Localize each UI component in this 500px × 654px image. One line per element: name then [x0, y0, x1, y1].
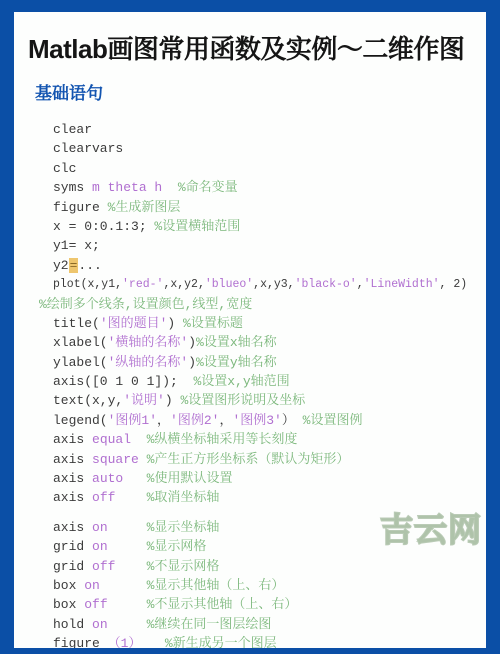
code-segment: %产生正方形坐标系（默认为矩形）	[139, 452, 350, 467]
code-segment: '图例1'	[108, 413, 157, 428]
code-segment: '图例3'	[232, 413, 281, 428]
code-segment: off	[92, 490, 115, 505]
code-segment: square	[92, 452, 139, 467]
section-heading-basic-statements: 基础语句	[35, 82, 486, 106]
code-segment: m theta h	[92, 180, 162, 195]
code-segment: grid	[53, 559, 92, 574]
code-line: grid on %显示网格	[53, 537, 486, 556]
code-segment: '纵轴的名称'	[108, 355, 189, 370]
code-segment: %取消坐标轴	[115, 490, 219, 505]
code-segment: grid	[53, 539, 92, 554]
code-segment: ,x,y2,	[163, 278, 204, 291]
code-segment: clc	[53, 161, 76, 176]
code-segment: '横轴的名称'	[108, 335, 189, 350]
code-segment: ）	[282, 413, 303, 428]
code-segment: %不显示其他轴（上、右）	[108, 597, 298, 612]
code-segment: 'black-o'	[295, 278, 357, 291]
code-segment: %设置标题	[183, 316, 243, 331]
code-segment: 'LineWidth'	[364, 278, 440, 291]
code-line: legend('图例1'，'图例2'，'图例3'） %设置图例	[53, 411, 486, 430]
code-segment: %设置y轴名称	[196, 355, 277, 370]
code-segment: 'blueo'	[205, 278, 253, 291]
code-segment: text(x,y,	[53, 393, 123, 408]
code-segment: ...	[78, 258, 101, 273]
code-segment: %设置横轴范围	[154, 219, 240, 234]
code-segment: plot(x,y1,	[53, 278, 122, 291]
code-line: box off %不显示其他轴（上、右）	[53, 595, 486, 614]
code-segment: %新生成另一个图层	[141, 636, 276, 648]
code-line: grid off %不显示网格	[53, 557, 486, 576]
code-segment: x = 0:0.1:3;	[53, 219, 154, 234]
code-segment: =	[69, 258, 79, 273]
code-segment: %绘制多个线条,设置颜色,线型,宽度	[39, 297, 252, 312]
code-segment: %生成新图层	[108, 200, 181, 215]
code-segment: axis	[53, 452, 92, 467]
code-line: plot(x,y1,'red-',x,y2,'blueo',x,y3,'blac…	[53, 275, 486, 294]
code-segment: %显示其他轴（上、右）	[100, 578, 285, 593]
code-segment: syms	[53, 180, 92, 195]
code-line: syms m theta h %命名变量	[53, 178, 486, 197]
code-segment: figure	[53, 636, 108, 648]
code-segment: %继续在同一图层绘图	[108, 617, 272, 632]
code-line: axis square %产生正方形坐标系（默认为矩形）	[53, 450, 486, 469]
code-segment: , 2)	[440, 278, 468, 291]
code-segment: on	[84, 578, 100, 593]
code-segment: ,	[357, 278, 364, 291]
code-segment: ，	[157, 413, 170, 428]
code-line: axis([0 1 0 1]); %设置x,y轴范围	[53, 372, 486, 391]
code-line: x = 0:0.1:3; %设置横轴范围	[53, 217, 486, 236]
content-panel: Matlab画图常用函数及实例～二维作图 基础语句 clearclearvars…	[14, 12, 486, 648]
code-segment: y2	[53, 258, 69, 273]
code-line: %绘制多个线条,设置颜色,线型,宽度	[39, 295, 486, 314]
code-line: xlabel('横轴的名称')%设置x轴名称	[53, 333, 486, 352]
code-segment: axis	[53, 471, 92, 486]
code-segment: axis	[53, 490, 92, 505]
code-segment: axis([0 1 0 1]);	[53, 374, 193, 389]
code-segment: ，	[219, 413, 232, 428]
code-segment: on	[92, 539, 108, 554]
code-segment: %显示坐标轴	[108, 520, 220, 535]
code-segment: clearvars	[53, 141, 123, 156]
code-segment: off	[92, 559, 115, 574]
code-segment: %纵横坐标轴采用等长刻度	[131, 432, 297, 447]
code-line: title('图的题目') %设置标题	[53, 314, 486, 333]
code-segment: axis	[53, 520, 92, 535]
code-segment: '图的题目'	[100, 316, 168, 331]
code-segment: xlabel(	[53, 335, 108, 350]
code-line: ylabel('纵轴的名称')%设置y轴名称	[53, 353, 486, 372]
code-segment: %设置图例	[303, 413, 363, 428]
code-segment: clear	[53, 122, 92, 137]
code-block: clearclearvarsclcsyms m theta h %命名变量fig…	[53, 120, 486, 648]
code-segment: figure	[53, 200, 108, 215]
code-segment: 'red-'	[122, 278, 163, 291]
code-segment: auto	[92, 471, 123, 486]
code-segment: axis	[53, 432, 92, 447]
code-segment: )	[188, 355, 196, 370]
code-segment: ,x,y3,	[253, 278, 294, 291]
code-segment: box	[53, 597, 84, 612]
code-segment: legend(	[53, 413, 108, 428]
page-title: Matlab画图常用函数及实例～二维作图	[28, 32, 476, 66]
code-segment: off	[84, 597, 107, 612]
code-segment: )	[188, 335, 196, 350]
code-line: hold on %继续在同一图层绘图	[53, 615, 486, 634]
code-line: y2=...	[53, 256, 486, 275]
code-segment: equal	[92, 432, 131, 447]
code-segment: on	[92, 520, 108, 535]
code-line: axis off %取消坐标轴	[53, 488, 486, 507]
code-line: figure %生成新图层	[53, 198, 486, 217]
code-segment: %显示网格	[108, 539, 207, 554]
code-segment: )	[167, 316, 183, 331]
code-line: clearvars	[53, 139, 486, 158]
code-segment: '图例2'	[170, 413, 219, 428]
code-segment: y1= x;	[53, 238, 100, 253]
code-segment: %设置图形说明及坐标	[180, 393, 305, 408]
code-segment: box	[53, 578, 84, 593]
code-segment: （1）	[108, 636, 142, 648]
code-segment: '说明'	[123, 393, 165, 408]
code-segment: %设置x轴名称	[196, 335, 277, 350]
code-segment: %设置x,y轴范围	[193, 374, 289, 389]
code-line: clc	[53, 159, 486, 178]
code-segment: %不显示网格	[115, 559, 219, 574]
code-line: axis equal %纵横坐标轴采用等长刻度	[53, 430, 486, 449]
code-segment: )	[165, 393, 181, 408]
code-line: figure （1） %新生成另一个图层	[53, 634, 486, 648]
code-segment: hold	[53, 617, 92, 632]
code-line: text(x,y,'说明') %设置图形说明及坐标	[53, 391, 486, 410]
code-segment: %使用默认设置	[123, 471, 232, 486]
code-segment: %命名变量	[162, 180, 237, 195]
code-segment: on	[92, 617, 108, 632]
code-segment: title(	[53, 316, 100, 331]
code-line: axis auto %使用默认设置	[53, 469, 486, 488]
code-line: clear	[53, 120, 486, 139]
code-line: box on %显示其他轴（上、右）	[53, 576, 486, 595]
code-line: y1= x;	[53, 236, 486, 255]
code-segment: ylabel(	[53, 355, 108, 370]
code-line: axis on %显示坐标轴	[53, 518, 486, 537]
